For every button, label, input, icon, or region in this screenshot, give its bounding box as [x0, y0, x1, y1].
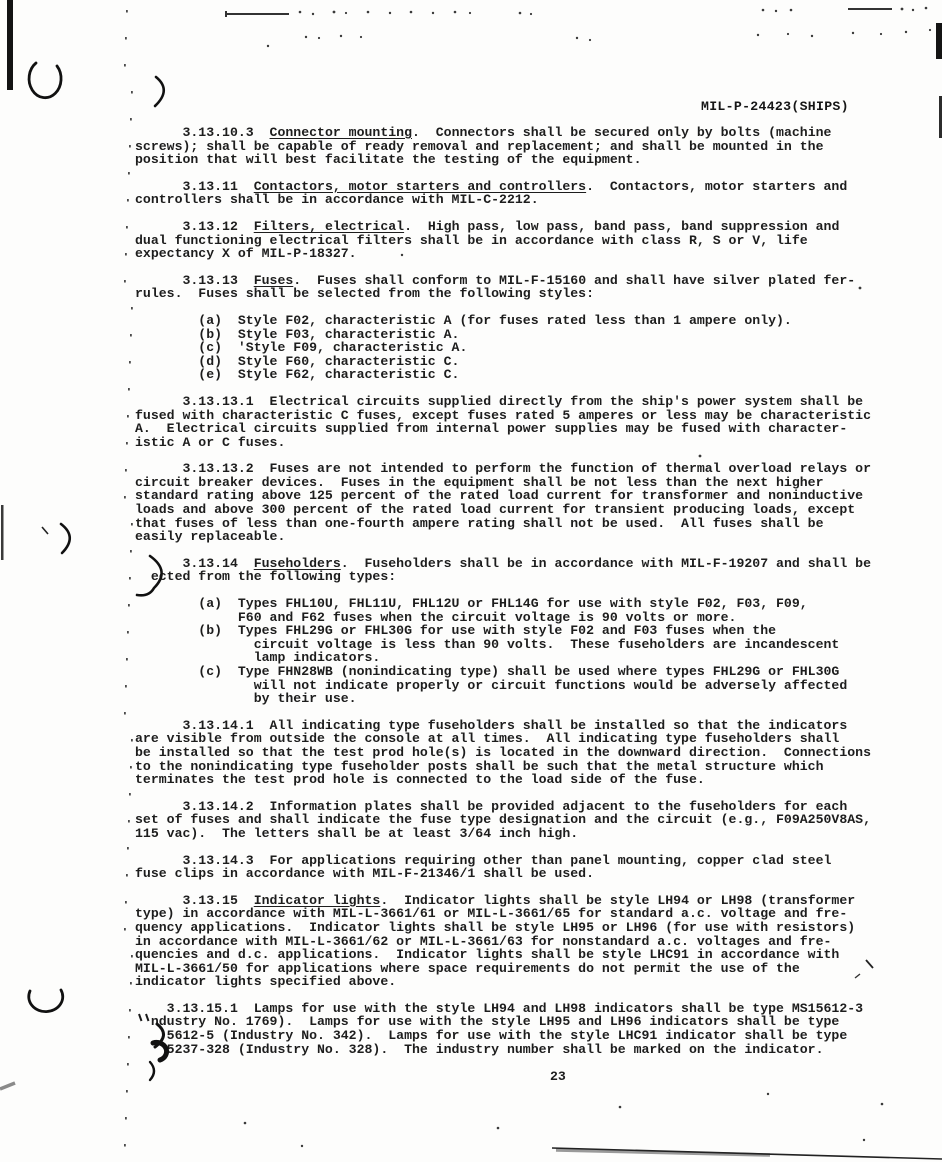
fuseholder-type-list: (a) Types FHL10U, FHL11U, FHL12U or FHL1… [135, 597, 935, 706]
pen-stroke-paren-mid [42, 524, 70, 553]
para-3-13-14-1: 3.13.14.1 All indicating type fuseholder… [135, 719, 935, 787]
para-3-13-11: 3.13.11 Contactors, motor starters and c… [135, 180, 935, 207]
page-number: 23 [550, 1070, 566, 1084]
para-3-13-14-2: 3.13.14.2 Information plates shall be pr… [135, 800, 935, 841]
document-page: MIL-P-24423(SHIPS) 3.13.10.3 Connector m… [0, 0, 942, 1162]
hole-punch-mark-top [29, 63, 61, 98]
margin-dotted-line [124, 10, 133, 1147]
fuse-style-list: (a) Style F02, characteristic A (for fus… [135, 314, 935, 382]
para-3-13-14: 3.13.14 Fuseholders. Fuseholders shall b… [135, 557, 935, 584]
para-3-13-10-3: 3.13.10.3 Connector mounting. Connectors… [135, 126, 935, 167]
pen-stroke-paren-top [155, 77, 164, 106]
para-3-13-13-1: 3.13.13.1 Electrical circuits supplied d… [135, 395, 935, 449]
document-body: 3.13.10.3 Connector mounting. Connectors… [135, 126, 935, 1069]
para-3-13-14-3: 3.13.14.3 For applications requiring oth… [135, 854, 935, 881]
para-3-13-12: 3.13.12 Filters, electrical. High pass, … [135, 220, 935, 261]
para-3-13-13-2: 3.13.13.2 Fuses are not intended to perf… [135, 462, 935, 544]
bottom-right-scan-line [552, 1148, 942, 1159]
para-3-13-15: 3.13.15 Indicator lights. Indicator ligh… [135, 894, 935, 989]
doc-number-header: MIL-P-24423(SHIPS) [701, 100, 849, 114]
para-3-13-15-1: 3.13.15.1 Lamps for use with the style L… [135, 1002, 935, 1056]
hole-punch-mark-bottom [29, 990, 63, 1012]
para-3-13-13: 3.13.13 Fuses. Fuses shall conform to MI… [135, 274, 935, 301]
